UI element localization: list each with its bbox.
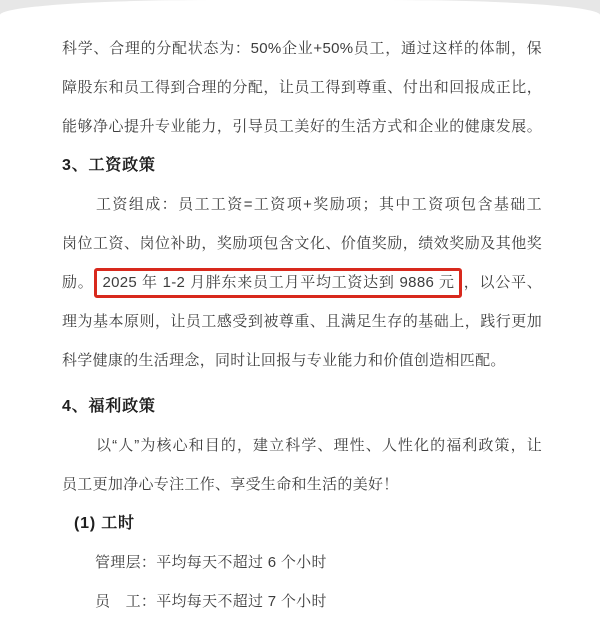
- salary-paragraph-line-1: 工资组成：员工工资=工资项+奖励项；其中工资项包含基础工资、: [62, 185, 542, 224]
- salary-paragraph-line-3: 励。2025 年 1-2 月胖东来员工月平均工资达到 9886 元，以公平、合: [62, 263, 542, 302]
- document-page: 科学、合理的分配状态为：50%企业+50%员工，通过这样的体制，保 障股东和员工…: [0, 0, 600, 641]
- salary-highlight-red-box: 2025 年 1-2 月胖东来员工月平均工资达到 9886 元: [94, 268, 461, 298]
- salary-paragraph-line-5: 科学健康的生活理念，同时让回报与专业能力和价值创造相匹配。: [62, 341, 542, 380]
- welfare-paragraph-line-2: 员工更加净心专注工作、享受生命和生活的美好！: [62, 465, 542, 504]
- welfare-paragraph-line-1: 以“人”为核心和目的，建立科学、理性、人性化的福利政策，让: [62, 426, 542, 465]
- salary-section-heading: 3、工资政策: [62, 146, 542, 185]
- salary-paragraph-line-4: 理为基本原则，让员工感受到被尊重、且满足生存的基础上，践行更加: [62, 302, 542, 341]
- welfare-section-heading: 4、福利政策: [62, 387, 542, 426]
- intro-paragraph-line-3: 能够净心提升专业能力，引导员工美好的生活方式和企业的健康发展。: [62, 107, 542, 146]
- work-hours-item-employee: 员 工：平均每天不超过 7 个小时: [95, 582, 542, 621]
- intro-paragraph-line-1: 科学、合理的分配状态为：50%企业+50%员工，通过这样的体制，保: [62, 29, 542, 68]
- salary-paragraph-line-2: 岗位工资、岗位补助，奖励项包含文化、价值奖励，绩效奖励及其他奖: [62, 224, 542, 263]
- intro-paragraph-line-2: 障股东和员工得到合理的分配，让员工得到尊重、付出和回报成正比，: [62, 68, 542, 107]
- work-hours-subheading: (1) 工时: [74, 504, 542, 543]
- highlight-line-prefix: 励。: [62, 274, 93, 291]
- work-hours-item-management: 管理层：平均每天不超过 6 个小时: [95, 543, 542, 582]
